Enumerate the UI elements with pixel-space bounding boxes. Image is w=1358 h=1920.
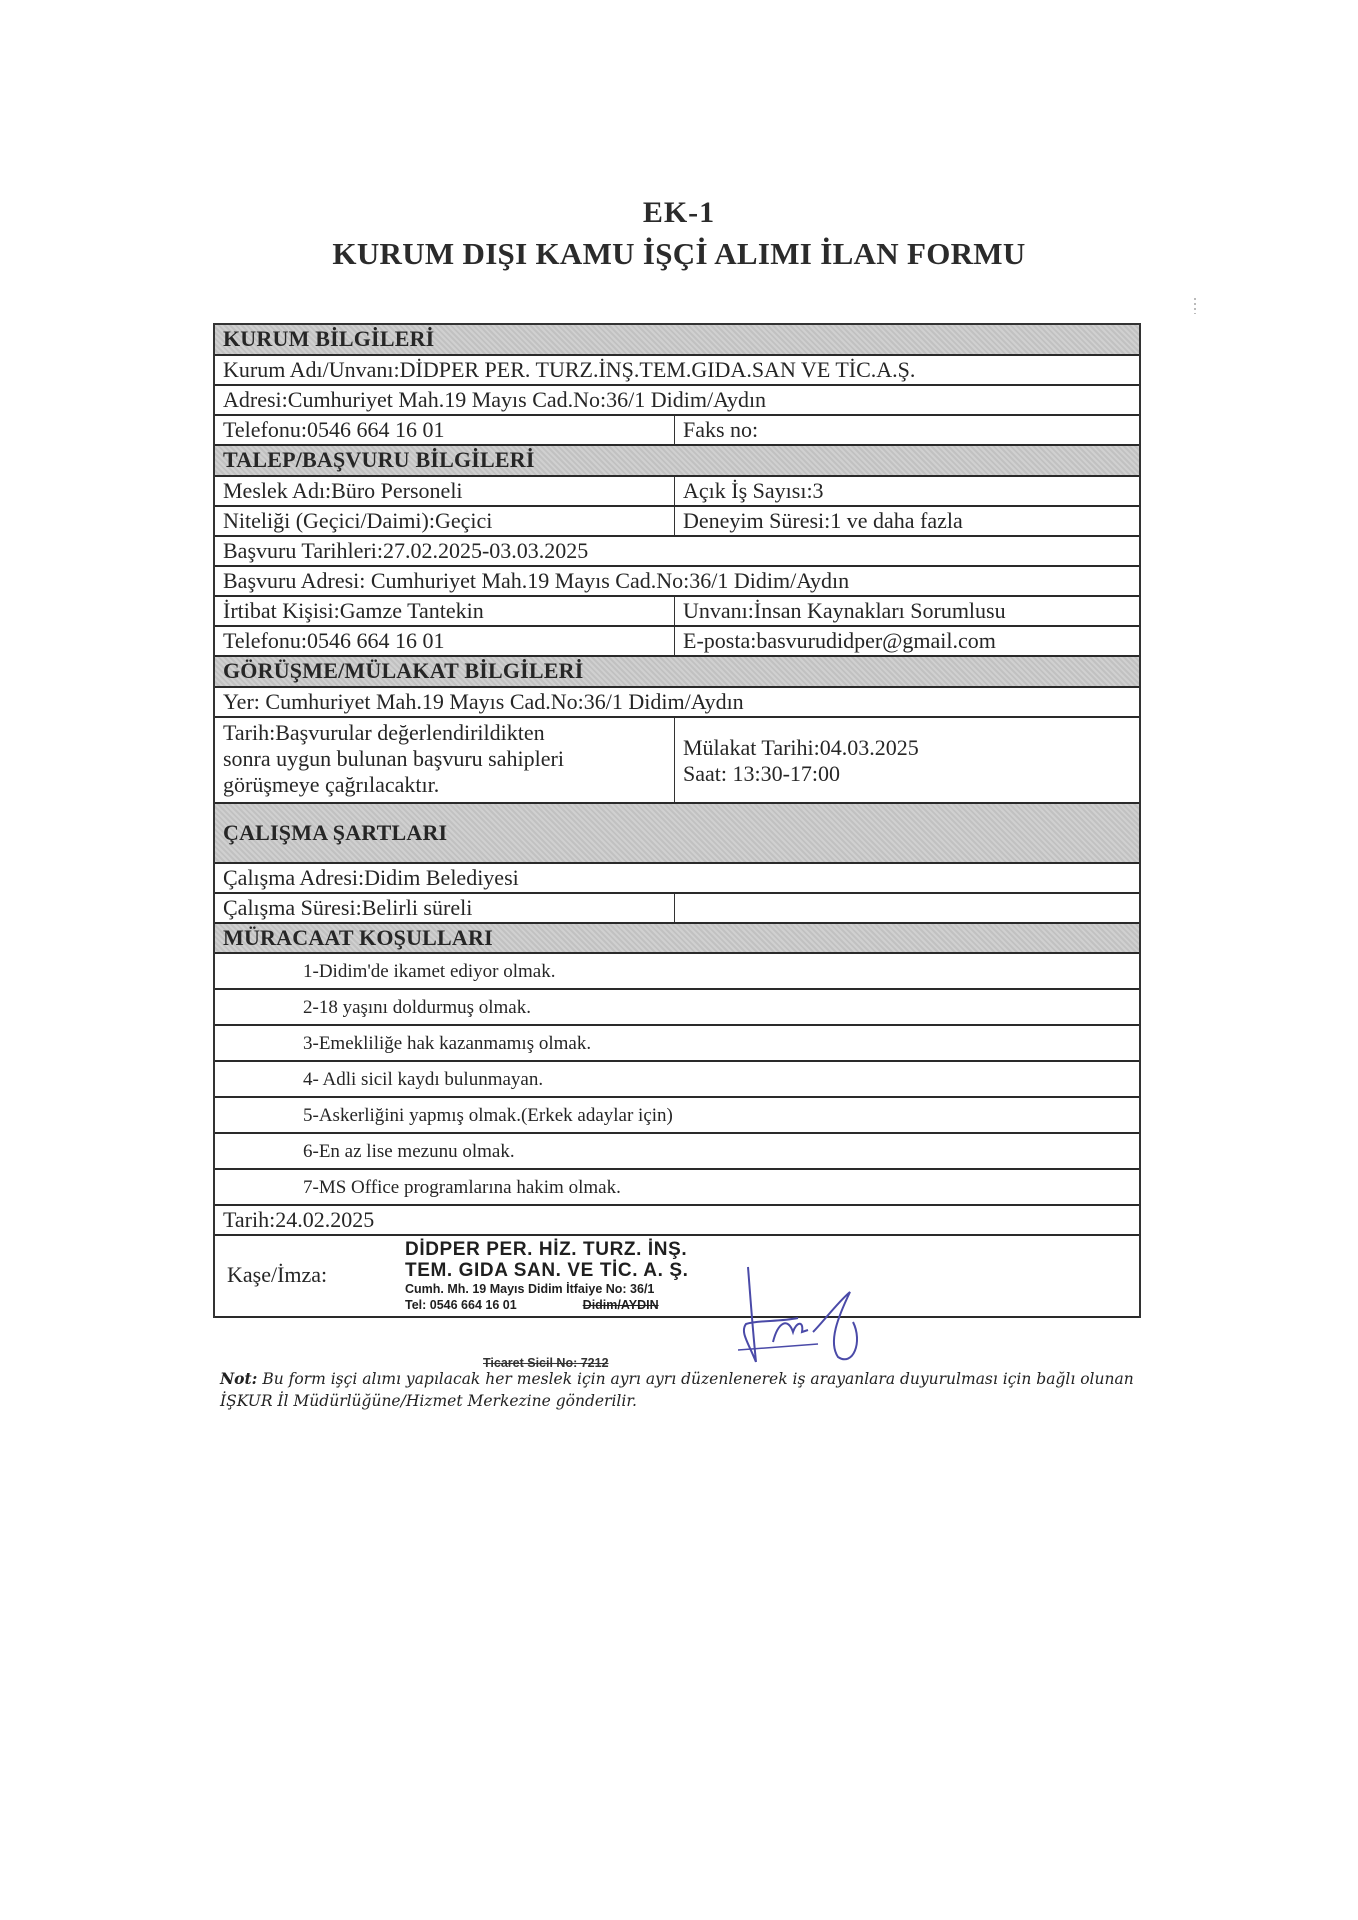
condition-text: 4- Adli sicil kaydı bulunmayan. xyxy=(215,1062,1139,1096)
condition-item: 6-En az lise mezunu olmak. xyxy=(215,1134,1139,1170)
form-row: Çalışma Adresi:Didim Belediyesi xyxy=(215,864,1139,894)
application-dates: Başvuru Tarihleri:27.02.2025-03.03.2025 xyxy=(215,537,1139,565)
condition-text: 2-18 yaşını doldurmuş olmak. xyxy=(215,990,1139,1024)
work-duration: Çalışma Süresi:Belirli süreli xyxy=(215,894,675,922)
condition-item: 2-18 yaşını doldurmuş olmak. xyxy=(215,990,1139,1026)
condition-text: 6-En az lise mezunu olmak. xyxy=(215,1134,1139,1168)
section-header-kurum: KURUM BİLGİLERİ xyxy=(215,325,1139,356)
stamp-line: DİDPER PER. HİZ. TURZ. İNŞ. xyxy=(405,1240,689,1259)
section-title: KURUM BİLGİLERİ xyxy=(215,325,1139,354)
condition-text: 3-Emekliliğe hak kazanmamış olmak. xyxy=(215,1026,1139,1060)
section-title: ÇALIŞMA ŞARTLARI xyxy=(215,819,1139,847)
application-address: Başvuru Adresi: Cumhuriyet Mah.19 Mayıs … xyxy=(215,567,1139,595)
stamp-phone: Tel: 0546 664 16 01 xyxy=(405,1298,517,1312)
section-header-talep: TALEP/BAŞVURU BİLGİLERİ xyxy=(215,446,1139,477)
condition-item: 5-Askerliğini yapmış olmak.(Erkek adayla… xyxy=(215,1098,1139,1134)
form-row: Tarih:24.02.2025 xyxy=(215,1206,1139,1236)
note-text: Bu form işçi alımı yapılacak her meslek … xyxy=(220,1370,1134,1410)
stamp-label: Kaşe/İmza: xyxy=(227,1262,327,1288)
form-row: Başvuru Tarihleri:27.02.2025-03.03.2025 xyxy=(215,537,1139,567)
institution-address: Adresi:Cumhuriyet Mah.19 Mayıs Cad.No:36… xyxy=(215,386,1139,414)
form-row: Çalışma Süresi:Belirli süreli xyxy=(215,894,1139,924)
institution-phone: Telefonu:0546 664 16 01 xyxy=(215,416,675,444)
institution-fax: Faks no: xyxy=(675,416,1139,444)
condition-item: 3-Emekliliğe hak kazanmamış olmak. xyxy=(215,1026,1139,1062)
form-row: Meslek Adı:Büro Personeli Açık İş Sayısı… xyxy=(215,477,1139,507)
interview-date: Mülakat Tarihi:04.03.2025 xyxy=(683,735,1131,761)
job-nature: Niteliği (Geçici/Daimi):Geçici xyxy=(215,507,675,535)
form-row: Niteliği (Geçici/Daimi):Geçici Deneyim S… xyxy=(215,507,1139,537)
footnote: Not: Bu form işçi alımı yapılacak her me… xyxy=(220,1368,1180,1412)
annex-label: EK-1 xyxy=(0,196,1358,230)
announcement-form: KURUM BİLGİLERİ Kurum Adı/Unvanı:DİDPER … xyxy=(213,323,1141,1318)
section-header-gorusme: GÖRÜŞME/MÜLAKAT BİLGİLERİ xyxy=(215,657,1139,688)
company-stamp: DİDPER PER. HİZ. TURZ. İNŞ. TEM. GIDA SA… xyxy=(405,1240,689,1311)
condition-text: 1-Didim'de ikamet ediyor olmak. xyxy=(215,954,1139,988)
work-duration-extra xyxy=(675,894,1139,922)
profession: Meslek Adı:Büro Personeli xyxy=(215,477,675,505)
section-title: GÖRÜŞME/MÜLAKAT BİLGİLERİ xyxy=(215,657,1139,686)
form-row: Telefonu:0546 664 16 01 Faks no: xyxy=(215,416,1139,446)
institution-name: Kurum Adı/Unvanı:DİDPER PER. TURZ.İNŞ.TE… xyxy=(215,356,1139,384)
scan-mark xyxy=(1194,298,1196,314)
contact-person: İrtibat Kişisi:Gamze Tantekin xyxy=(215,597,675,625)
stamp-signature-row: Kaşe/İmza: DİDPER PER. HİZ. TURZ. İNŞ. T… xyxy=(215,1236,1139,1318)
condition-text: 7-MS Office programlarına hakim olmak. xyxy=(215,1170,1139,1204)
interview-time: Saat: 13:30-17:00 xyxy=(683,761,1131,787)
stamp-city: Didim/AYDIN xyxy=(583,1298,659,1312)
condition-item: 1-Didim'de ikamet ediyor olmak. xyxy=(215,954,1139,990)
form-row: İrtibat Kişisi:Gamze Tantekin Unvanı:İns… xyxy=(215,597,1139,627)
condition-text: 5-Askerliğini yapmış olmak.(Erkek adayla… xyxy=(215,1098,1139,1132)
contact-email: E-posta:basvurudidper@gmail.com xyxy=(675,627,1139,655)
form-row: Kurum Adı/Unvanı:DİDPER PER. TURZ.İNŞ.TE… xyxy=(215,356,1139,386)
experience: Deneyim Süresi:1 ve daha fazla xyxy=(675,507,1139,535)
interview-note-line: Tarih:Başvurular değerlendirildikten xyxy=(223,720,666,746)
form-row: Adresi:Cumhuriyet Mah.19 Mayıs Cad.No:36… xyxy=(215,386,1139,416)
form-row: Tarih:Başvurular değerlendirildikten son… xyxy=(215,718,1139,804)
contact-phone: Telefonu:0546 664 16 01 xyxy=(215,627,675,655)
form-date: Tarih:24.02.2025 xyxy=(215,1206,1139,1234)
interview-note-line: sonra uygun bulunan başvuru sahipleri xyxy=(223,746,666,772)
page-title: KURUM DIŞI KAMU İŞÇİ ALIMI İLAN FORMU xyxy=(0,236,1358,272)
open-positions: Açık İş Sayısı:3 xyxy=(675,477,1139,505)
form-row: Yer: Cumhuriyet Mah.19 Mayıs Cad.No:36/1… xyxy=(215,688,1139,718)
interview-note-line: görüşmeye çağrılacaktır. xyxy=(223,772,666,798)
interview-date-note: Tarih:Başvurular değerlendirildikten son… xyxy=(215,718,675,802)
stamp-line: Tel: 0546 664 16 01Didim/AYDIN xyxy=(405,1299,689,1312)
form-row: Telefonu:0546 664 16 01 E-posta:basvurud… xyxy=(215,627,1139,657)
interview-place: Yer: Cumhuriyet Mah.19 Mayıs Cad.No:36/1… xyxy=(215,688,1139,716)
contact-title: Unvanı:İnsan Kaynakları Sorumlusu xyxy=(675,597,1139,625)
work-address: Çalışma Adresi:Didim Belediyesi xyxy=(215,864,1139,892)
section-header-muracaat: MÜRACAAT KOŞULLARI xyxy=(215,924,1139,954)
stamp-line: TEM. GIDA SAN. VE TİC. A. Ş. xyxy=(405,1261,689,1280)
note-label: Not: xyxy=(220,1369,257,1388)
condition-item: 7-MS Office programlarına hakim olmak. xyxy=(215,1170,1139,1206)
condition-item: 4- Adli sicil kaydı bulunmayan. xyxy=(215,1062,1139,1098)
interview-schedule: Mülakat Tarihi:04.03.2025 Saat: 13:30-17… xyxy=(675,718,1139,802)
section-title: MÜRACAAT KOŞULLARI xyxy=(215,924,1139,952)
stamp-line: Cumh. Mh. 19 Mayıs Didim İtfaiye No: 36/… xyxy=(405,1283,689,1296)
form-row: Başvuru Adresi: Cumhuriyet Mah.19 Mayıs … xyxy=(215,567,1139,597)
signature-icon xyxy=(738,1262,878,1372)
section-title: TALEP/BAŞVURU BİLGİLERİ xyxy=(215,446,1139,475)
section-header-calisma: ÇALIŞMA ŞARTLARI xyxy=(215,804,1139,864)
